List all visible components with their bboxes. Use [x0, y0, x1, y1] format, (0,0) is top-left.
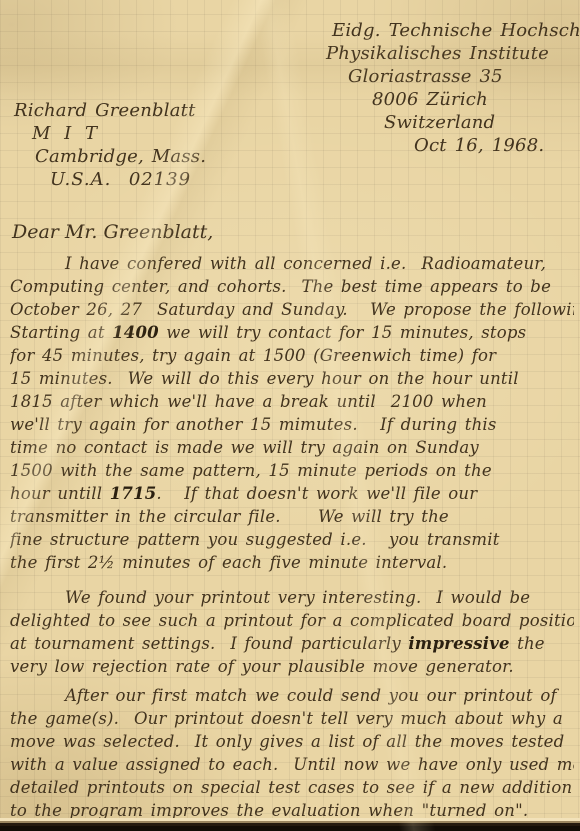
letter-line: the first 2½ minutes of each five minute… [10, 551, 574, 574]
letter-line: 15 minutes. We will do this every hour o… [10, 367, 574, 390]
letter-text: we will try contact for 15 minutes, stop… [159, 323, 526, 342]
letter-line: move was selected. It only gives a list … [10, 730, 574, 753]
letter-line: at tournament settings. I found particul… [10, 632, 574, 655]
recipient-address-block: Richard Greenblatt M I T Cambridge, Mass… [14, 99, 206, 191]
letter-text: Starting at [10, 323, 112, 342]
letter-line: 1500 with the same pattern, 15 minute pe… [10, 459, 574, 482]
sender-city: 8006 Zürich [318, 88, 580, 111]
recipient-city: Cambridge, Mass. [14, 145, 206, 168]
letter-line: we'll try again for another 15 mimutes. … [10, 413, 574, 436]
letter-line: fine structure pattern you suggested i.e… [10, 528, 574, 551]
letter-line: We found your printout very interesting.… [10, 586, 574, 609]
letter-line: After our first match we could send you … [10, 684, 574, 707]
overwritten-time: 1715 [110, 484, 157, 503]
sender-street: Gloriastrasse 35 [318, 65, 580, 88]
letter-line: detailed printouts on special test cases… [10, 776, 574, 799]
paragraph-2: We found your printout very interesting.… [10, 586, 574, 678]
scan-edge [0, 818, 580, 831]
letter-line: transmitter in the circular file. We wil… [10, 505, 574, 528]
letter-line: I have confered with all concerned i.e. … [10, 252, 574, 275]
letter-line: with a value assigned to each. Until now… [10, 753, 574, 776]
sender-address-block: Eidg. Technische Hochschule Physikalisch… [318, 19, 580, 157]
letter-line: for 45 minutes, try again at 1500 (Green… [10, 344, 574, 367]
salutation: Dear Mr. Greenblatt, [12, 221, 213, 243]
letter-line: October 26, 27 Saturday and Sunday. We p… [10, 298, 574, 321]
letter-date: Oct 16, 1968. [318, 134, 580, 157]
paragraph-1: I have confered with all concerned i.e. … [10, 252, 574, 574]
sender-country: Switzerland [318, 111, 580, 134]
sender-institution: Eidg. Technische Hochschule [318, 19, 580, 42]
overwritten-word: impressive [408, 634, 509, 653]
recipient-country-zip: U.S.A. 02139 [14, 168, 206, 191]
sender-institute: Physikalisches Institute [318, 42, 580, 65]
letter-line: the game(s). Our printout doesn't tell v… [10, 707, 574, 730]
letter-scan: Eidg. Technische Hochschule Physikalisch… [0, 0, 580, 831]
overwritten-time: 1400 [112, 323, 159, 342]
paragraph-3: After our first match we could send you … [10, 684, 574, 822]
letter-text: hour untill [10, 484, 110, 503]
letter-text: at tournament settings. I found particul… [10, 634, 408, 653]
letter-line: Starting at 1400 we will try contact for… [10, 321, 574, 344]
letter-line: 1815 after which we'll have a break unti… [10, 390, 574, 413]
letter-text: . If that doesn't work we'll file our [156, 484, 477, 503]
letter-line: delighted to see such a printout for a c… [10, 609, 574, 632]
letter-line: time no contact is made we will try agai… [10, 436, 574, 459]
letter-text: the [510, 634, 545, 653]
letter-line: Computing center, and cohorts. The best … [10, 275, 574, 298]
letter-line: very low rejection rate of your plausibl… [10, 655, 574, 678]
letter-line: hour untill 1715. If that doesn't work w… [10, 482, 574, 505]
recipient-institution: M I T [14, 122, 206, 145]
recipient-name: Richard Greenblatt [14, 99, 206, 122]
